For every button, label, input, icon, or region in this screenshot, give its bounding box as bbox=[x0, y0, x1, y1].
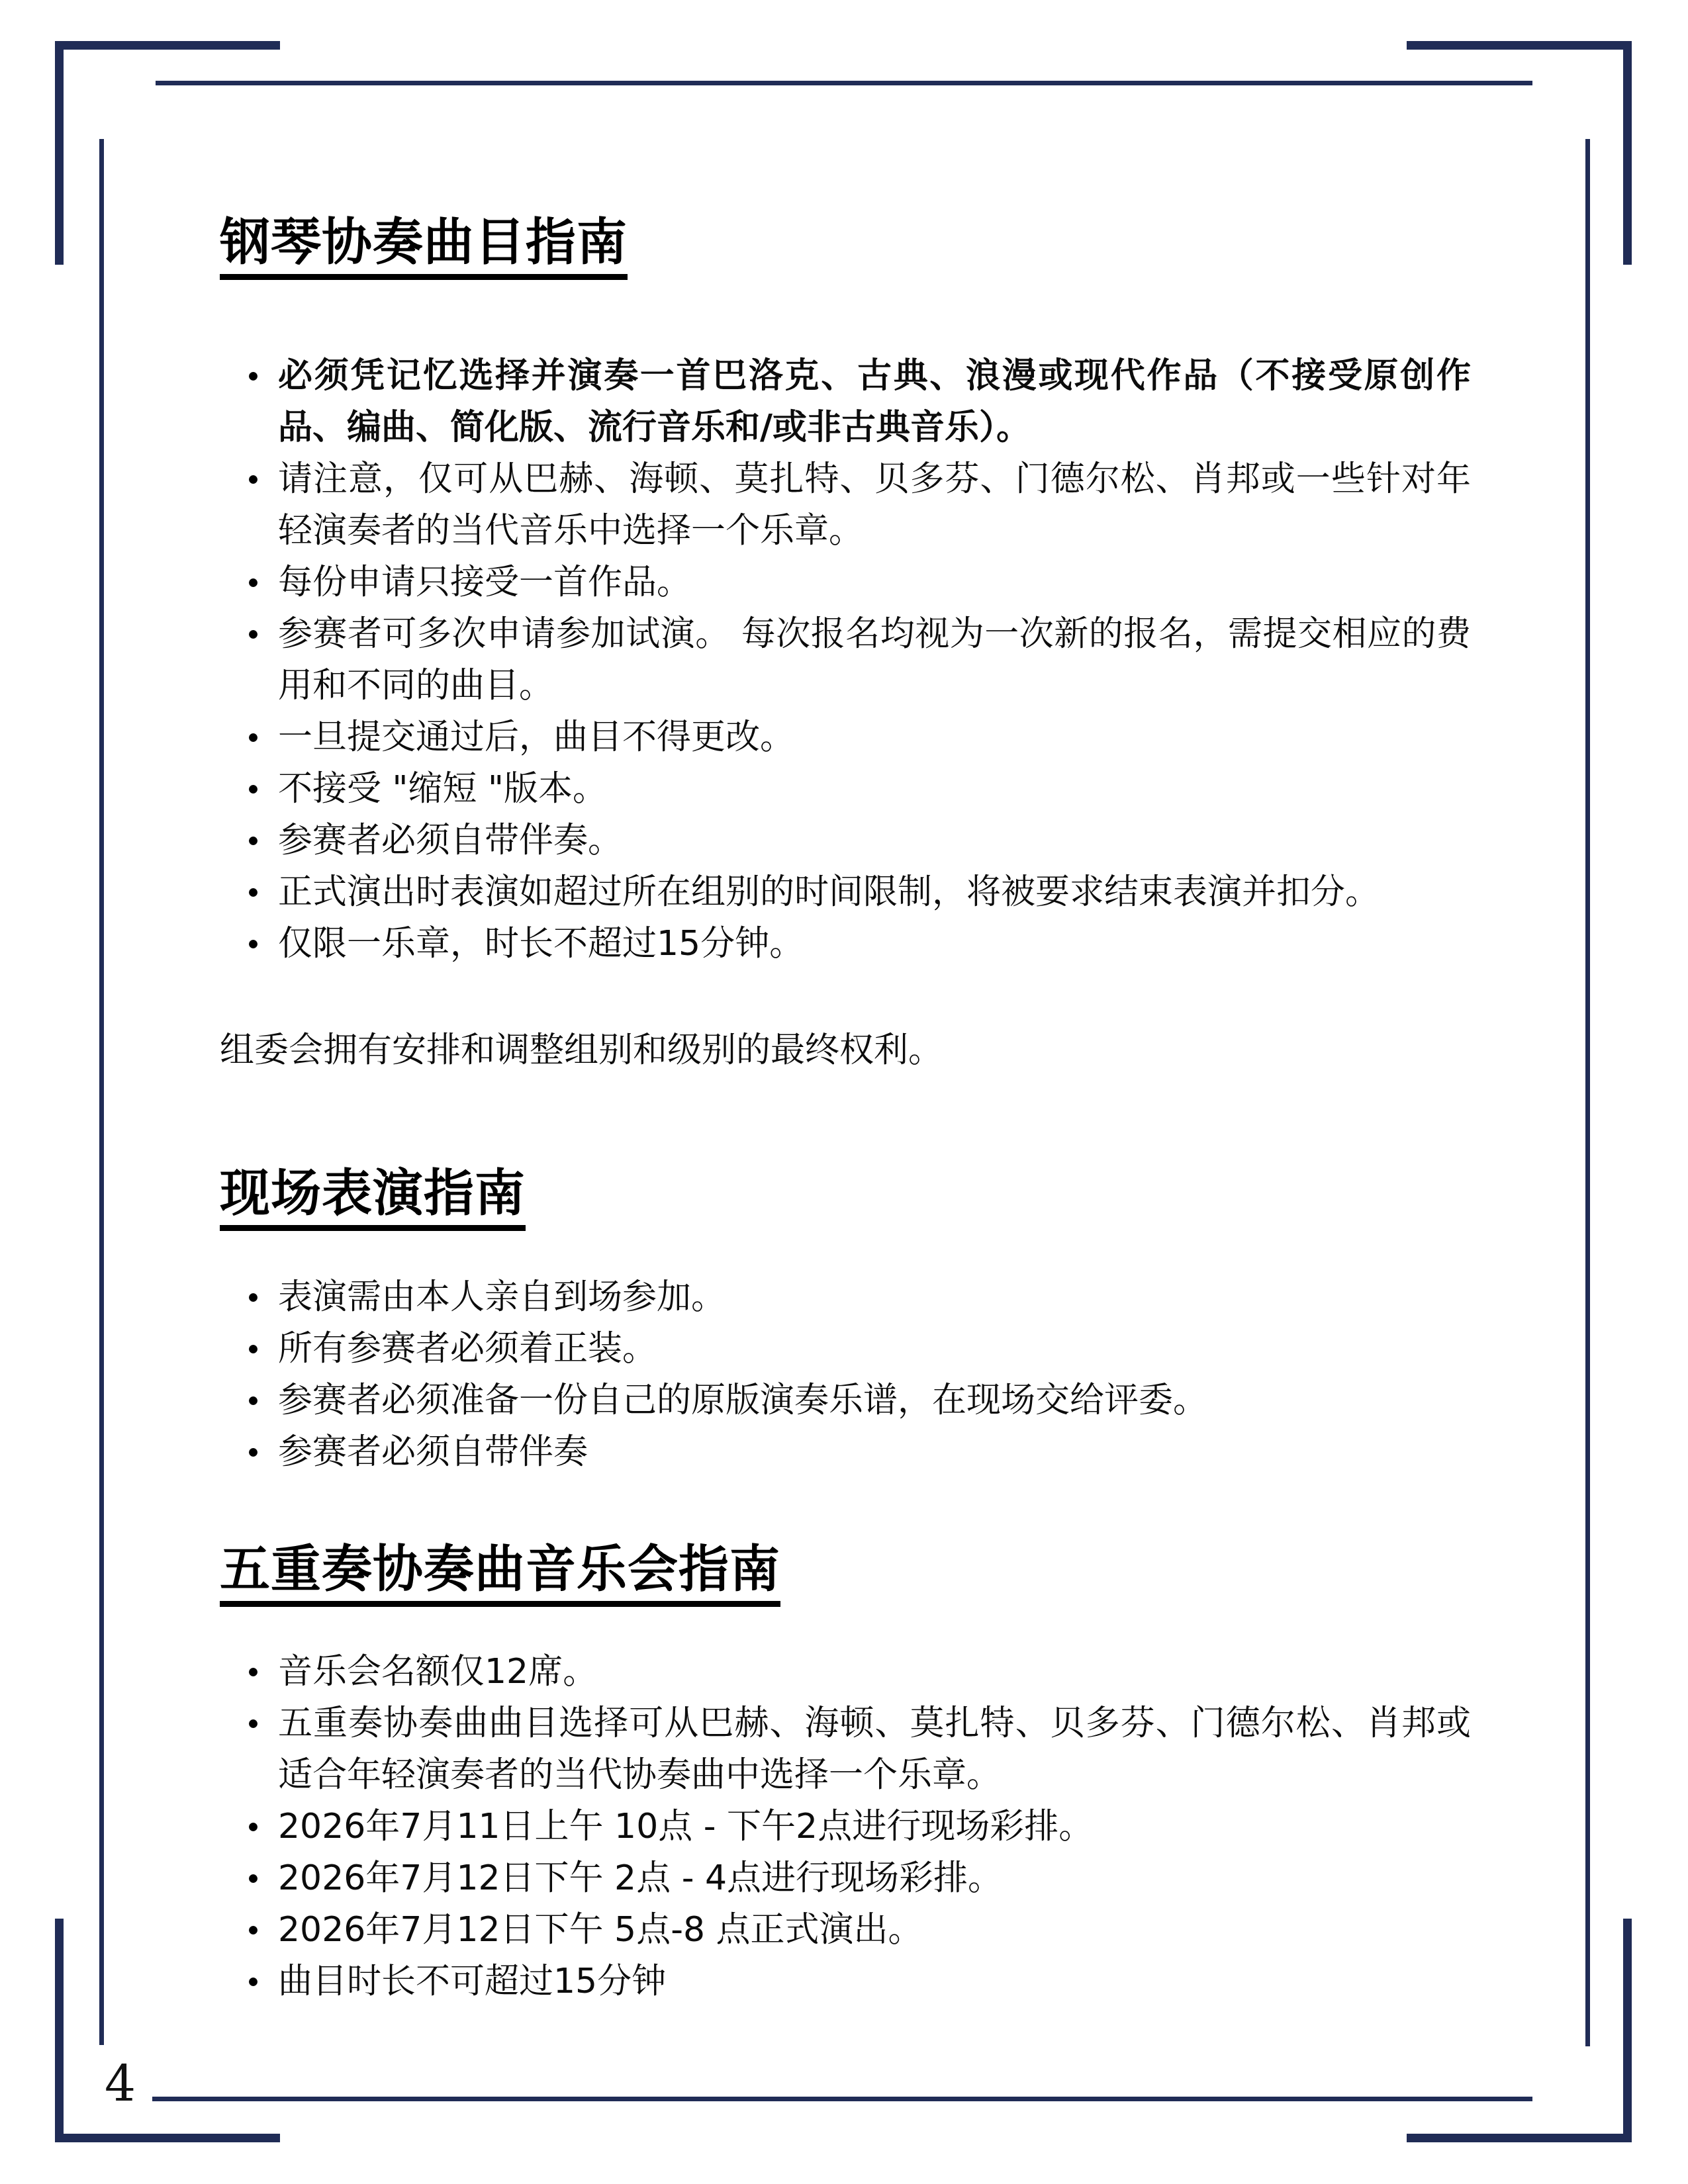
right-vertical-rule bbox=[1585, 139, 1590, 2046]
live-performance-rules-list: 表演需由本人亲自到场参加。所有参赛者必须着正装。参赛者必须准备一份自己的原版演奏… bbox=[220, 1271, 1471, 1478]
corner-bracket-bottom-left-horizontal bbox=[55, 2134, 280, 2142]
committee-rights-note: 组委会拥有安排和调整组别和级别的最终权利。 bbox=[220, 1024, 1471, 1076]
bullet-item: 音乐会名额仅12席。 bbox=[220, 1646, 1471, 1698]
bullet-item: 2026年7月11日上午 10点 - 下午2点进行现场彩排。 bbox=[220, 1801, 1471, 1852]
bullet-item: 2026年7月12日下午 5点-8 点正式演出。 bbox=[220, 1904, 1471, 1956]
section-title-live-performance: 现场表演指南 bbox=[220, 1168, 1471, 1231]
piano-concerto-rules-list: 必须凭记忆选择并演奏一首巴洛克、古典、浪漫或现代作品（不接受原创作品、编曲、简化… bbox=[220, 350, 1471, 970]
bullet-item: 正式演出时表演如超过所在组别的时间限制，将被要求结束表演并扣分。 bbox=[220, 866, 1471, 918]
corner-bracket-top-right-vertical bbox=[1623, 41, 1632, 265]
left-vertical-rule bbox=[99, 139, 104, 2045]
bullet-item: 每份申请只接受一首作品。 bbox=[220, 557, 1471, 608]
corner-bracket-bottom-right-vertical bbox=[1623, 1919, 1632, 2142]
bullet-item: 2026年7月12日下午 2点 - 4点进行现场彩排。 bbox=[220, 1852, 1471, 1904]
document-page: { "page": { "number": "4", "accent_color… bbox=[0, 0, 1688, 2184]
bullet-item: 必须凭记忆选择并演奏一首巴洛克、古典、浪漫或现代作品（不接受原创作品、编曲、简化… bbox=[220, 350, 1471, 453]
bullet-item: 表演需由本人亲自到场参加。 bbox=[220, 1271, 1471, 1323]
section-title-piano-concerto: 钢琴协奏曲目指南 bbox=[220, 217, 1471, 280]
bullet-item: 曲目时长不可超过15分钟 bbox=[220, 1956, 1471, 2007]
top-rule bbox=[156, 81, 1532, 85]
footer-rule bbox=[152, 2097, 1532, 2101]
bullet-item: 参赛者必须自带伴奏。 bbox=[220, 815, 1471, 866]
bullet-item: 所有参赛者必须着正装。 bbox=[220, 1323, 1471, 1375]
corner-bracket-bottom-left-vertical bbox=[55, 1919, 64, 2142]
quintet-concerto-rules-list: 音乐会名额仅12席。五重奏协奏曲曲目选择可从巴赫、海顿、莫扎特、贝多芬、门德尔松… bbox=[220, 1646, 1471, 2007]
corner-bracket-top-right-horizontal bbox=[1407, 41, 1632, 50]
section-title-quintet-concerto: 五重奏协奏曲音乐会指南 bbox=[220, 1544, 1471, 1607]
bullet-item: 一旦提交通过后，曲目不得更改。 bbox=[220, 711, 1471, 763]
corner-bracket-top-left-horizontal bbox=[55, 41, 280, 50]
bullet-item: 仅限一乐章，时长不超过15分钟。 bbox=[220, 918, 1471, 970]
bullet-item: 参赛者必须准备一份自己的原版演奏乐谱，在现场交给评委。 bbox=[220, 1375, 1471, 1426]
corner-bracket-bottom-right-horizontal bbox=[1407, 2134, 1632, 2142]
corner-bracket-top-left-vertical bbox=[55, 41, 64, 265]
bullet-item: 不接受 "缩短 "版本。 bbox=[220, 763, 1471, 815]
page-number: 4 bbox=[105, 2060, 136, 2109]
bullet-item: 参赛者可多次申请参加试演。 每次报名均视为一次新的报名，需提交相应的费用和不同的… bbox=[220, 608, 1471, 711]
bullet-item: 五重奏协奏曲曲目选择可从巴赫、海顿、莫扎特、贝多芬、门德尔松、肖邦或适合年轻演奏… bbox=[220, 1698, 1471, 1801]
bullet-item: 参赛者必须自带伴奏 bbox=[220, 1426, 1471, 1478]
bullet-item: 请注意，仅可从巴赫、海顿、莫扎特、贝多芬、门德尔松、肖邦或一些针对年轻演奏者的当… bbox=[220, 453, 1471, 557]
